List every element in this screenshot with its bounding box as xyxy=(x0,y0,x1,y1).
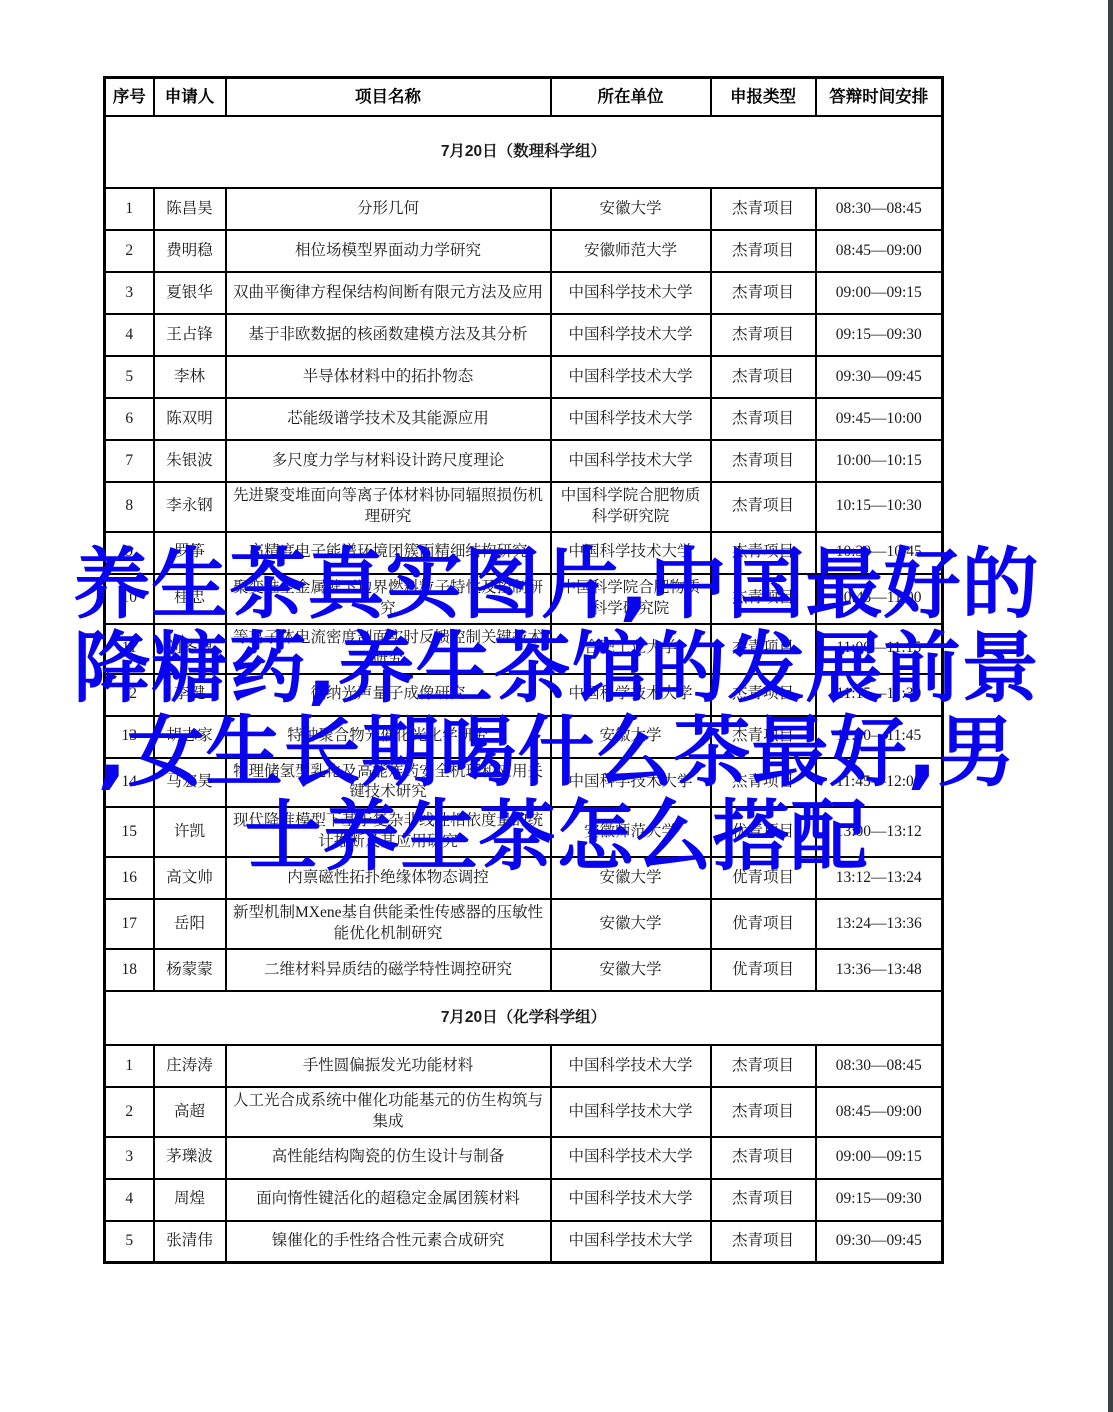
table-row: 5李林半导体材料中的拓扑物态中国科学技术大学杰青项目09:30—09:45 xyxy=(105,356,943,398)
header-work-unit: 所在单位 xyxy=(551,78,711,117)
cell-project: 人工光合成系统中催化功能基元的仿生构筑与集成 xyxy=(226,1087,551,1137)
cell-project: 手性圆偏振发光功能材料 xyxy=(226,1045,551,1087)
cell-type: 杰青项目 xyxy=(711,398,816,440)
cell-project: 现代降维模型下基于复杂非线性相依度量的统计推断及其应用研究 xyxy=(226,807,551,857)
header-row: 序号 申请人 项目名称 所在单位 申报类型 答辩时间安排 xyxy=(105,78,943,117)
cell-no: 4 xyxy=(105,1179,154,1221)
cell-time: 10:45—11:00 xyxy=(816,574,943,624)
cell-name: 马宏昊 xyxy=(154,758,226,808)
cell-project: 双曲平衡律方程保结构间断有限元方法及应用 xyxy=(226,272,551,314)
cell-name: 陈双明 xyxy=(154,398,226,440)
cell-time: 08:30—08:45 xyxy=(816,188,943,230)
cell-no: 12 xyxy=(105,674,154,716)
cell-project: 镍催化的手性络合性元素合成研究 xyxy=(226,1221,551,1263)
cell-project: 内禀磁性拓扑绝缘体物态调控 xyxy=(226,857,551,899)
cell-name: 杨蒙蒙 xyxy=(154,949,226,991)
cell-name: 胡志家 xyxy=(154,716,226,758)
cell-time: 13:36—13:48 xyxy=(816,949,943,991)
cell-type: 杰青项目 xyxy=(711,574,816,624)
cell-type: 杰青项目 xyxy=(711,314,816,356)
cell-type: 杰青项目 xyxy=(711,674,816,716)
table-row: 5张清伟镍催化的手性络合性元素合成研究中国科学技术大学杰青项目09:30—09:… xyxy=(105,1221,943,1263)
table-row: 13胡志家特种聚合物光催化光化学研究安徽大学杰青项目11:30—11:45 xyxy=(105,716,943,758)
table-row: 4周煌面向惰性键活化的超稳定金属团簇材料中国科学技术大学杰青项目09:15—09… xyxy=(105,1179,943,1221)
cell-name: 王占锋 xyxy=(154,314,226,356)
cell-time: 10:15—10:30 xyxy=(816,482,943,532)
cell-name: 高超 xyxy=(154,1087,226,1137)
cell-project: 分形几何 xyxy=(226,188,551,230)
cell-time: 09:00—09:15 xyxy=(816,272,943,314)
cell-project: 先进聚变堆面向等离子体材料协同辐照损伤机理研究 xyxy=(226,482,551,532)
cell-unit: 安徽大学 xyxy=(551,949,711,991)
section-title: 7月20日（数理科学组） xyxy=(105,116,943,188)
cell-no: 5 xyxy=(105,356,154,398)
cell-unit: 中国科学技术大学 xyxy=(551,1221,711,1263)
cell-type: 杰青项目 xyxy=(711,356,816,398)
cell-no: 1 xyxy=(105,1045,154,1087)
cell-project: 高性能结构陶瓷的仿生设计与制备 xyxy=(226,1137,551,1179)
cell-unit: 中国科学技术大学 xyxy=(551,674,711,716)
cell-name: 李永钢 xyxy=(154,482,226,532)
table-row: 1陈昌昊分形几何安徽大学杰青项目08:30—08:45 xyxy=(105,188,943,230)
table-body: 7月20日（数理科学组）1陈昌昊分形几何安徽大学杰青项目08:30—08:452… xyxy=(105,116,943,1263)
table-row: 16高文帅内禀磁性拓扑绝缘体物态调控安徽大学优青项目13:12—13:24 xyxy=(105,857,943,899)
cell-unit: 合肥工业大学 xyxy=(551,624,711,674)
cell-no: 15 xyxy=(105,807,154,857)
cell-time: 11:45—12:00 xyxy=(816,758,943,808)
cell-type: 杰青项目 xyxy=(711,1045,816,1087)
cell-type: 杰青项目 xyxy=(711,1087,816,1137)
header-defense-time: 答辩时间安排 xyxy=(816,78,943,117)
table-row: 8李永钢先进聚变堆面向等离子体材料协同辐照损伤机理研究中国科学院合肥物质科学研究… xyxy=(105,482,943,532)
table-row: 6陈双明芯能级谱学技术及其能源应用中国科学技术大学杰青项目09:45—10:00 xyxy=(105,398,943,440)
cell-project: 聚变堆全金属壁下边界燃料粒子特性及控制研究 xyxy=(226,574,551,624)
cell-no: 6 xyxy=(105,398,154,440)
cell-unit: 中国科学技术大学 xyxy=(551,314,711,356)
cell-type: 杰青项目 xyxy=(711,758,816,808)
cell-name: 罗筝 xyxy=(154,532,226,574)
cell-unit: 安徽师范大学 xyxy=(551,807,711,857)
cell-project: 多尺度力学与材料设计跨尺度理论 xyxy=(226,440,551,482)
cell-time: 08:30—08:45 xyxy=(816,1045,943,1087)
section-title: 7月20日（化学科学组） xyxy=(105,991,943,1045)
cell-project: 高精度电子能谱环境团簇面精细结构研究 xyxy=(226,532,551,574)
cell-type: 杰青项目 xyxy=(711,440,816,482)
cell-unit: 安徽大学 xyxy=(551,857,711,899)
section-header-row: 7月20日（数理科学组） xyxy=(105,116,943,188)
cell-name: 许凯 xyxy=(154,807,226,857)
cell-project: 二维材料异质结的磁学特性调控研究 xyxy=(226,949,551,991)
cell-type: 杰青项目 xyxy=(711,1221,816,1263)
cell-no: 2 xyxy=(105,1087,154,1137)
cell-project: 半导体材料中的拓扑物态 xyxy=(226,356,551,398)
cell-no: 9 xyxy=(105,532,154,574)
cell-name: 李键 xyxy=(154,674,226,716)
cell-type: 杰青项目 xyxy=(711,482,816,532)
cell-unit: 安徽大学 xyxy=(551,716,711,758)
cell-time: 13:24—13:36 xyxy=(816,899,943,949)
cell-unit: 中国科学技术大学 xyxy=(551,1137,711,1179)
table-row: 3茅瓅波高性能结构陶瓷的仿生设计与制备中国科学技术大学杰青项目09:00—09:… xyxy=(105,1137,943,1179)
cell-time: 09:15—09:30 xyxy=(816,314,943,356)
cell-no: 11 xyxy=(105,624,154,674)
cell-no: 1 xyxy=(105,188,154,230)
cell-name: 刘冬博 xyxy=(154,624,226,674)
cell-unit: 中国科学技术大学 xyxy=(551,532,711,574)
cell-no: 13 xyxy=(105,716,154,758)
document-page: 序号 申请人 项目名称 所在单位 申报类型 答辩时间安排 7月20日（数理科学组… xyxy=(0,0,1113,1412)
cell-no: 5 xyxy=(105,1221,154,1263)
cell-time: 11:00—11:15 xyxy=(816,624,943,674)
cell-no: 18 xyxy=(105,949,154,991)
page-right-edge-strip xyxy=(1108,0,1113,1412)
cell-no: 2 xyxy=(105,230,154,272)
cell-name: 茅瓅波 xyxy=(154,1137,226,1179)
cell-time: 10:30—10:45 xyxy=(816,532,943,574)
cell-time: 09:30—09:45 xyxy=(816,1221,943,1263)
cell-name: 费明稳 xyxy=(154,230,226,272)
cell-name: 张清伟 xyxy=(154,1221,226,1263)
cell-time: 13:12—13:24 xyxy=(816,857,943,899)
cell-unit: 安徽大学 xyxy=(551,899,711,949)
cell-time: 09:30—09:45 xyxy=(816,356,943,398)
table-row: 4王占锋基于非欧数据的核函数建模方法及其分析中国科学技术大学杰青项目09:15—… xyxy=(105,314,943,356)
cell-unit: 中国科学技术大学 xyxy=(551,1087,711,1137)
cell-type: 杰青项目 xyxy=(711,230,816,272)
table-row: 1庄涛涛手性圆偏振发光功能材料中国科学技术大学杰青项目08:30—08:45 xyxy=(105,1045,943,1087)
cell-time: 11:30—11:45 xyxy=(816,716,943,758)
cell-type: 杰青项目 xyxy=(711,1179,816,1221)
cell-unit: 中国科学技术大学 xyxy=(551,1045,711,1087)
cell-unit: 中国科学院合肥物质科学研究院 xyxy=(551,482,711,532)
cell-type: 优青项目 xyxy=(711,857,816,899)
cell-project: 微纳光声量子成像研究 xyxy=(226,674,551,716)
cell-no: 16 xyxy=(105,857,154,899)
table-row: 2费明稳相位场模型界面动力学研究安徽师范大学杰青项目08:45—09:00 xyxy=(105,230,943,272)
cell-type: 优青项目 xyxy=(711,899,816,949)
cell-name: 李林 xyxy=(154,356,226,398)
table-row: 17岳阳新型机制MXene基自供能柔性传感器的压敏性能优化机制研究安徽大学优青项… xyxy=(105,899,943,949)
cell-project: 基于非欧数据的核函数建模方法及其分析 xyxy=(226,314,551,356)
cell-no: 14 xyxy=(105,758,154,808)
cell-time: 11:15—11:30 xyxy=(816,674,943,716)
cell-name: 庄涛涛 xyxy=(154,1045,226,1087)
cell-no: 3 xyxy=(105,1137,154,1179)
cell-time: 09:45—10:00 xyxy=(816,398,943,440)
cell-project: 物理储氢型乳化及高能炸药安全机理和应用关键技术研究 xyxy=(226,758,551,808)
cell-name: 陈昌昊 xyxy=(154,188,226,230)
cell-type: 优青项目 xyxy=(711,949,816,991)
cell-type: 杰青项目 xyxy=(711,272,816,314)
table-row: 11刘冬博等离子体电流密度剖面实时反馈控制关键技术研究合肥工业大学杰青项目11:… xyxy=(105,624,943,674)
cell-project: 等离子体电流密度剖面实时反馈控制关键技术研究 xyxy=(226,624,551,674)
cell-name: 高文帅 xyxy=(154,857,226,899)
cell-time: 13:00—13:12 xyxy=(816,807,943,857)
cell-unit: 安徽师范大学 xyxy=(551,230,711,272)
cell-unit: 中国科学技术大学 xyxy=(551,1179,711,1221)
table-row: 14马宏昊物理储氢型乳化及高能炸药安全机理和应用关键技术研究中国科学技术大学杰青… xyxy=(105,758,943,808)
cell-name: 夏银华 xyxy=(154,272,226,314)
cell-name: 朱银波 xyxy=(154,440,226,482)
header-application-type: 申报类型 xyxy=(711,78,816,117)
defense-schedule-table: 序号 申请人 项目名称 所在单位 申报类型 答辩时间安排 7月20日（数理科学组… xyxy=(103,76,944,1264)
cell-no: 4 xyxy=(105,314,154,356)
table-row: 3夏银华双曲平衡律方程保结构间断有限元方法及应用中国科学技术大学杰青项目09:0… xyxy=(105,272,943,314)
cell-no: 17 xyxy=(105,899,154,949)
cell-name: 桂忠 xyxy=(154,574,226,624)
table-row: 10桂忠聚变堆全金属壁下边界燃料粒子特性及控制研究中国科学院合肥物质科学研究院杰… xyxy=(105,574,943,624)
table-row: 7朱银波多尺度力学与材料设计跨尺度理论中国科学技术大学杰青项目10:00—10:… xyxy=(105,440,943,482)
cell-project: 新型机制MXene基自供能柔性传感器的压敏性能优化机制研究 xyxy=(226,899,551,949)
cell-type: 杰青项目 xyxy=(711,624,816,674)
cell-unit: 中国科学技术大学 xyxy=(551,356,711,398)
cell-unit: 中国科学技术大学 xyxy=(551,758,711,808)
cell-no: 7 xyxy=(105,440,154,482)
cell-unit: 安徽大学 xyxy=(551,188,711,230)
cell-time: 08:45—09:00 xyxy=(816,1087,943,1137)
header-serial-number: 序号 xyxy=(105,78,154,117)
cell-project: 相位场模型界面动力学研究 xyxy=(226,230,551,272)
table-row: 15许凯现代降维模型下基于复杂非线性相依度量的统计推断及其应用研究安徽师范大学优… xyxy=(105,807,943,857)
cell-project: 面向惰性键活化的超稳定金属团簇材料 xyxy=(226,1179,551,1221)
cell-time: 08:45—09:00 xyxy=(816,230,943,272)
cell-time: 10:00—10:15 xyxy=(816,440,943,482)
cell-project: 芯能级谱学技术及其能源应用 xyxy=(226,398,551,440)
header-project-name: 项目名称 xyxy=(226,78,551,117)
cell-type: 杰青项目 xyxy=(711,188,816,230)
table-row: 9罗筝高精度电子能谱环境团簇面精细结构研究中国科学技术大学杰青项目10:30—1… xyxy=(105,532,943,574)
table-row: 18杨蒙蒙二维材料异质结的磁学特性调控研究安徽大学优青项目13:36—13:48 xyxy=(105,949,943,991)
cell-unit: 中国科学技术大学 xyxy=(551,398,711,440)
cell-unit: 中国科学技术大学 xyxy=(551,272,711,314)
cell-type: 杰青项目 xyxy=(711,532,816,574)
header-applicant: 申请人 xyxy=(154,78,226,117)
cell-unit: 中国科学技术大学 xyxy=(551,440,711,482)
cell-no: 10 xyxy=(105,574,154,624)
cell-time: 09:15—09:30 xyxy=(816,1179,943,1221)
table-row: 12李键微纳光声量子成像研究中国科学技术大学杰青项目11:15—11:30 xyxy=(105,674,943,716)
cell-type: 杰青项目 xyxy=(711,716,816,758)
cell-name: 周煌 xyxy=(154,1179,226,1221)
table-row: 2高超人工光合成系统中催化功能基元的仿生构筑与集成中国科学技术大学杰青项目08:… xyxy=(105,1087,943,1137)
cell-type: 杰青项目 xyxy=(711,1137,816,1179)
cell-no: 8 xyxy=(105,482,154,532)
cell-no: 3 xyxy=(105,272,154,314)
cell-time: 09:00—09:15 xyxy=(816,1137,943,1179)
cell-unit: 中国科学院合肥物质科学研究院 xyxy=(551,574,711,624)
section-header-row: 7月20日（化学科学组） xyxy=(105,991,943,1045)
cell-name: 岳阳 xyxy=(154,899,226,949)
cell-project: 特种聚合物光催化光化学研究 xyxy=(226,716,551,758)
cell-type: 优青项目 xyxy=(711,807,816,857)
